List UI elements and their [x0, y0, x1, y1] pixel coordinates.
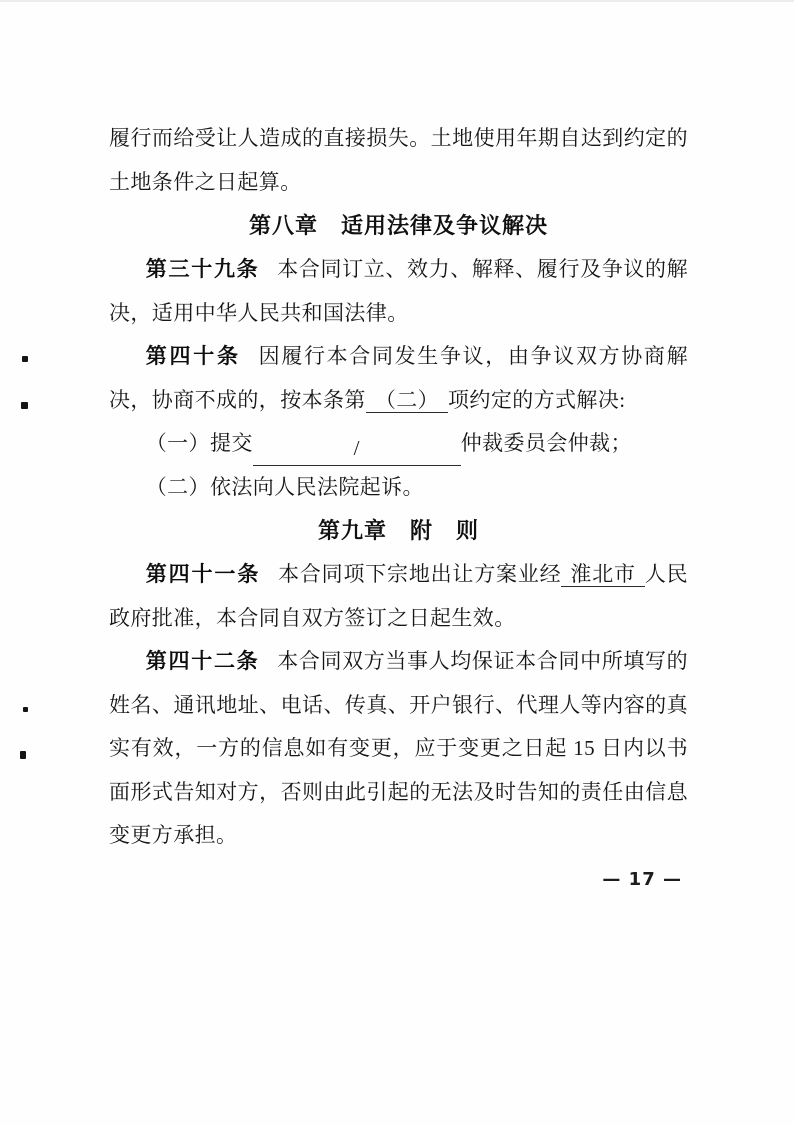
- chapter-8-heading: 第八章 适用法律及争议解决: [109, 204, 688, 248]
- article-40-text-after: 项约定的方式解决:: [448, 388, 625, 412]
- scanned-contract-page: 履行而给受让人造成的直接损失。土地使用年期自达到约定的土地条件之日起算。 第八章…: [0, 0, 794, 1126]
- approving-city-blank: 淮北市: [561, 562, 644, 587]
- article-42-paragraph: 第四十二条本合同双方当事人均保证本合同中所填写的姓名、通讯地址、电话、传真、开户…: [109, 640, 688, 858]
- dispute-option-blank: （二）: [366, 388, 448, 413]
- chapter-9-heading: 第九章 附 则: [109, 509, 688, 553]
- article-41-paragraph: 第四十一条本合同项下宗地出让方案业经淮北市人民政府批准，本合同自双方签订之日起生…: [109, 553, 688, 640]
- article-40-item-1: （一）提交/仲裁委员会仲裁；: [109, 422, 688, 466]
- article-40-paragraph: 第四十条因履行本合同发生争议，由争议双方协商解决，协商不成的，按本条第（二）项约…: [109, 335, 688, 422]
- document-body: 履行而给受让人造成的直接损失。土地使用年期自达到约定的土地条件之日起算。 第八章…: [0, 0, 794, 902]
- page-number: — 17 —: [109, 858, 688, 902]
- item-1-suffix: 仲裁委员会仲裁；: [461, 431, 632, 455]
- article-41-text-before: 本合同项下宗地出让方案业经: [278, 562, 561, 586]
- article-42-text: 本合同双方当事人均保证本合同中所填写的姓名、通讯地址、电话、传真、开户银行、代理…: [109, 649, 688, 847]
- arbitration-committee-blank: /: [253, 431, 461, 466]
- item-1-prefix: （一）提交: [146, 431, 253, 455]
- article-41-number: 第四十一条: [146, 563, 260, 586]
- paragraph-continuation: 履行而给受让人造成的直接损失。土地使用年期自达到约定的土地条件之日起算。: [109, 117, 688, 204]
- article-40-item-2: （二）依法向人民法院起诉。: [109, 466, 688, 510]
- article-39-number: 第三十九条: [146, 258, 260, 281]
- article-40-number: 第四十条: [146, 345, 241, 368]
- article-42-number: 第四十二条: [146, 650, 260, 673]
- article-39-paragraph: 第三十九条本合同订立、效力、解释、履行及争议的解决，适用中华人民共和国法律。: [109, 248, 688, 335]
